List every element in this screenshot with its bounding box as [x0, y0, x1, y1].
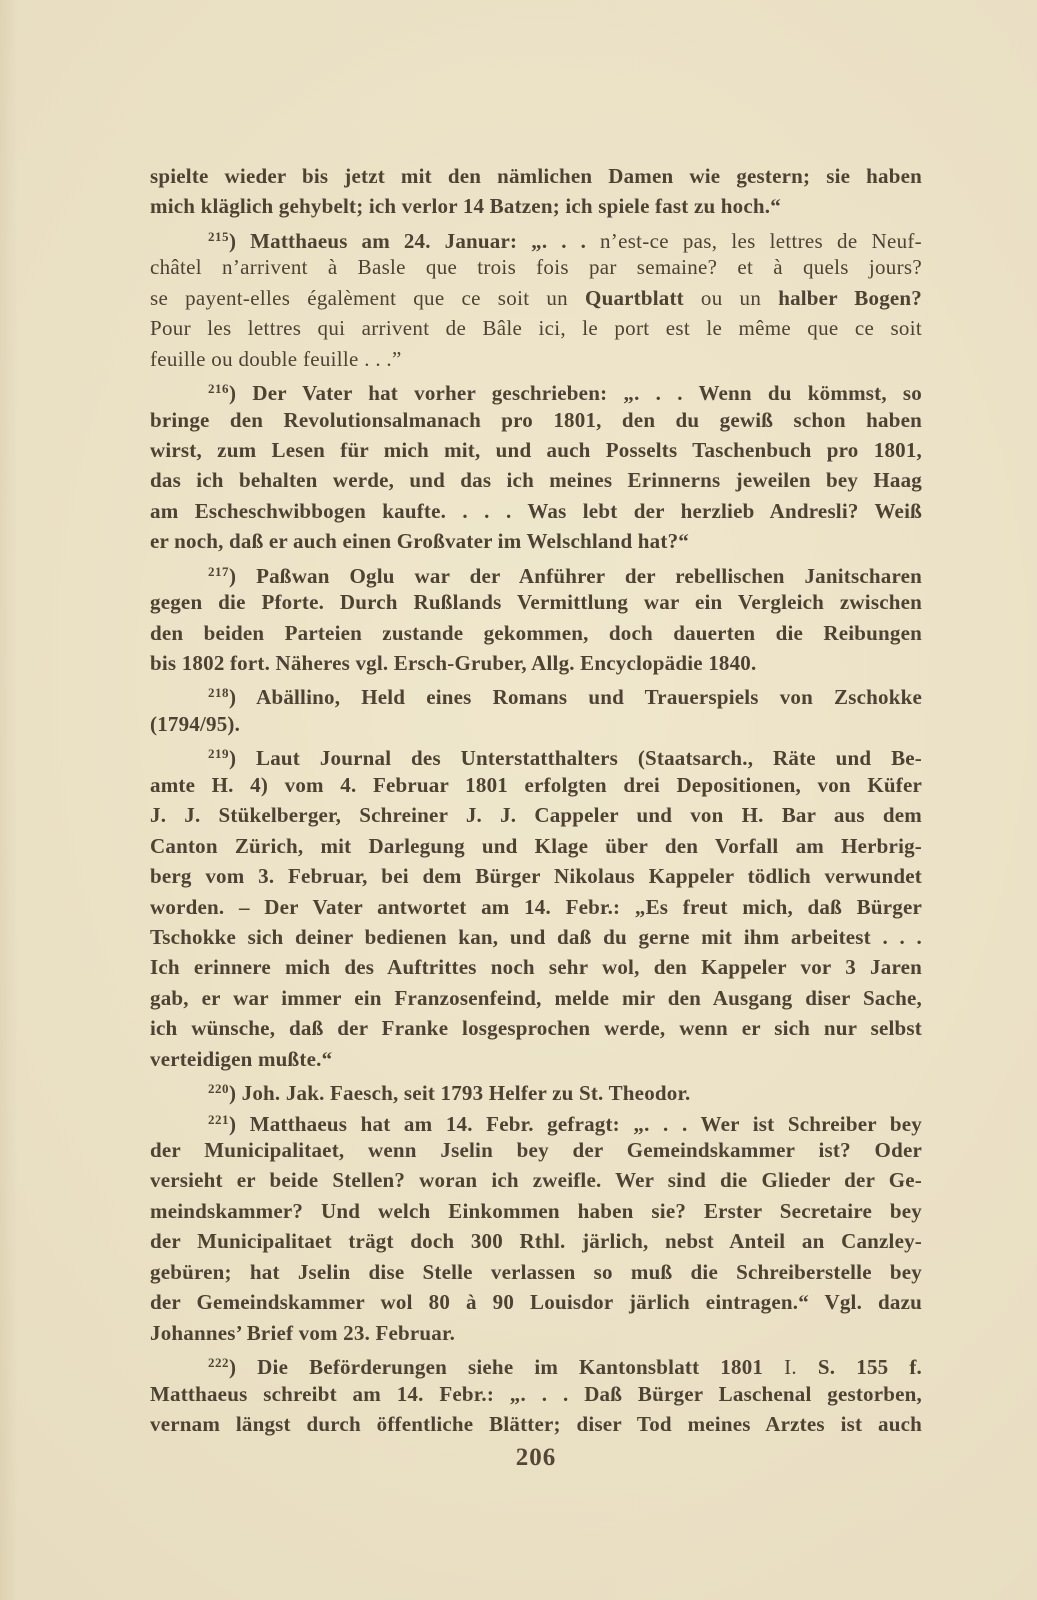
text-line: der Municipalitaet, wenn Jselin bey der … — [150, 1135, 922, 1165]
footnotes-text: spielte wieder bis jetzt mit den nämlich… — [150, 161, 922, 1439]
text-line: 220) Joh. Jak. Faesch, seit 1793 Helfer … — [150, 1074, 922, 1104]
text-line: Tschokke sich deiner bedienen kan, und d… — [150, 922, 922, 952]
text-segment: worden. – Der Vater antwortet am 14. Feb… — [150, 895, 922, 919]
text-segment: ou un — [684, 286, 778, 310]
text-line: 222) Die Beförderungen siehe im Kantonsb… — [150, 1348, 922, 1378]
text-segment: der Municipalitaet, wenn Jselin bey der … — [150, 1138, 922, 1162]
text-line: 219) Laut Journal des Unterstatthalters … — [150, 739, 922, 769]
text-segment: er noch, daß er auch einen Großvater im … — [150, 529, 689, 553]
footnote-number: 218 — [208, 685, 229, 700]
text-segment: ) Laut Journal des Unterstatthalters (St… — [229, 746, 922, 770]
text-segment: Matthaeus schreibt am 14. Febr.: „. . . … — [150, 1382, 922, 1406]
text-line: Johannes’ Brief vom 23. Februar. — [150, 1318, 922, 1348]
text-segment: verteidigen mußte.“ — [150, 1047, 332, 1071]
text-line: bringe den Revolutionsalmanach pro 1801,… — [150, 405, 922, 435]
text-line: se payent-elles égalèment que ce soit un… — [150, 283, 922, 313]
text-segment: (1794/95). — [150, 712, 240, 736]
text-segment: der Gemeindskammer wol 80 à 90 Louisdor … — [150, 1290, 922, 1314]
text-line: meindskammer? Und welch Einkommen haben … — [150, 1196, 922, 1226]
text-segment: feuille ou double feuille . . .” — [150, 347, 402, 371]
text-segment: Johannes’ Brief vom 23. Februar. — [150, 1321, 455, 1345]
text-line: am Escheschwibbogen kaufte. . . . Was le… — [150, 496, 922, 526]
text-segment: mich kläglich gehybelt; ich verlor 14 Ba… — [150, 194, 781, 218]
text-segment: I. — [784, 1355, 797, 1379]
text-line: worden. – Der Vater antwortet am 14. Feb… — [150, 892, 922, 922]
text-line: vernam längst durch öffentliche Blätter;… — [150, 1409, 922, 1439]
text-segment: ) Die Beförderungen siehe im Kantonsblat… — [229, 1355, 784, 1379]
footnote-number: 216 — [208, 381, 229, 396]
text-line: feuille ou double feuille . . .” — [150, 344, 922, 374]
text-line: châtel n’arrivent à Basle que trois fois… — [150, 252, 922, 282]
footnote-number: 222 — [208, 1355, 229, 1370]
text-line: berg vom 3. Februar, bei dem Bürger Niko… — [150, 861, 922, 891]
text-line: mich kläglich gehybelt; ich verlor 14 Ba… — [150, 191, 922, 221]
text-line: gegen die Pforte. Durch Rußlands Vermitt… — [150, 587, 922, 617]
text-segment: spielte wieder bis jetzt mit den nämlich… — [150, 164, 922, 188]
text-segment: ) Matthaeus am 24. Januar: „. . . — [229, 229, 600, 253]
footnote-number: 221 — [208, 1112, 229, 1127]
text-line: gab, er war immer ein Franzosenfeind, me… — [150, 983, 922, 1013]
text-line: verteidigen mußte.“ — [150, 1044, 922, 1074]
text-line: Matthaeus schreibt am 14. Febr.: „. . . … — [150, 1379, 922, 1409]
text-segment: ) Paßwan Oglu war der Anführer der rebel… — [229, 564, 922, 588]
text-segment: versieht er beide Stellen? woran ich zwe… — [150, 1168, 922, 1192]
text-segment: vernam längst durch öffentliche Blätter;… — [150, 1412, 922, 1436]
text-segment: ) Abällino, Held eines Romans und Trauer… — [229, 685, 922, 709]
text-line: (1794/95). — [150, 709, 922, 739]
text-segment: bis 1802 fort. Näheres vgl. Ersch-Gruber… — [150, 651, 756, 675]
text-segment: meindskammer? Und welch Einkommen haben … — [150, 1199, 922, 1223]
text-segment: ich wünsche, daß der Franke losgesproche… — [150, 1016, 922, 1040]
book-page-scan: spielte wieder bis jetzt mit den nämlich… — [0, 0, 1037, 1600]
text-segment: berg vom 3. Februar, bei dem Bürger Niko… — [150, 864, 922, 888]
text-segment: Canton Zürich, mit Darlegung und Klage ü… — [150, 834, 922, 858]
text-line: 215) Matthaeus am 24. Januar: „. . . n’e… — [150, 222, 922, 252]
text-segment: den beiden Parteien zustande gekommen, d… — [150, 621, 922, 645]
text-segment: bringe den Revolutionsalmanach pro 1801,… — [150, 408, 922, 432]
text-line: 221) Matthaeus hat am 14. Febr. gefragt:… — [150, 1105, 922, 1135]
text-line: er noch, daß er auch einen Großvater im … — [150, 526, 922, 556]
text-line: amte H. 4) vom 4. Februar 1801 erfolgten… — [150, 770, 922, 800]
text-segment: châtel n’arrivent à Basle que trois fois… — [150, 255, 922, 279]
text-segment: se payent-elles égalèment que ce soit un — [150, 286, 585, 310]
text-segment: J. J. Stükelberger, Schreiner J. J. Capp… — [150, 803, 922, 827]
footnote-number: 219 — [208, 746, 229, 761]
text-line: der Gemeindskammer wol 80 à 90 Louisdor … — [150, 1287, 922, 1317]
text-segment: ) Der Vater hat vorher geschrieben: „. .… — [229, 381, 922, 405]
text-line: Pour les lettres qui arrivent de Bâle ic… — [150, 313, 922, 343]
text-line: 218) Abällino, Held eines Romans und Tra… — [150, 678, 922, 708]
text-line: das ich behalten werde, und das ich mein… — [150, 465, 922, 495]
text-segment: amte H. 4) vom 4. Februar 1801 erfolgten… — [150, 773, 922, 797]
text-segment: das ich behalten werde, und das ich mein… — [150, 468, 922, 492]
text-segment: ) Matthaeus hat am 14. Febr. gefragt: „.… — [229, 1112, 922, 1136]
text-segment: gebüren; hat Jselin dise Stelle verlasse… — [150, 1260, 922, 1284]
text-line: ich wünsche, daß der Franke losgesproche… — [150, 1013, 922, 1043]
text-segment: wirst, zum Lesen für mich mit, und auch … — [150, 438, 922, 462]
text-line: gebüren; hat Jselin dise Stelle verlasse… — [150, 1257, 922, 1287]
text-segment: Tschokke sich deiner bedienen kan, und d… — [150, 925, 922, 949]
text-segment: Pour les lettres qui arrivent de Bâle ic… — [150, 316, 922, 340]
text-segment: n’est-ce pas, les lettres de Neuf- — [600, 229, 922, 253]
text-segment: der Municipalitaet trägt doch 300 Rthl. … — [150, 1229, 922, 1253]
text-segment: Ich erinnere mich des Auftrittes noch se… — [150, 955, 922, 979]
text-segment: S. 155 f. — [797, 1355, 922, 1379]
text-line: spielte wieder bis jetzt mit den nämlich… — [150, 161, 922, 191]
text-line: der Municipalitaet trägt doch 300 Rthl. … — [150, 1226, 922, 1256]
text-line: wirst, zum Lesen für mich mit, und auch … — [150, 435, 922, 465]
text-segment: gegen die Pforte. Durch Rußlands Vermitt… — [150, 590, 922, 614]
text-line: versieht er beide Stellen? woran ich zwe… — [150, 1165, 922, 1195]
text-line: Ich erinnere mich des Auftrittes noch se… — [150, 952, 922, 982]
text-line: bis 1802 fort. Näheres vgl. Ersch-Gruber… — [150, 648, 922, 678]
text-line: J. J. Stükelberger, Schreiner J. J. Capp… — [150, 800, 922, 830]
footnote-number: 217 — [208, 564, 229, 579]
text-segment: ) Joh. Jak. Faesch, seit 1793 Helfer zu … — [229, 1081, 691, 1105]
text-segment: gab, er war immer ein Franzosenfeind, me… — [150, 986, 922, 1010]
page-number: 206 — [150, 1444, 922, 1472]
footnote-number: 215 — [208, 229, 229, 244]
footnote-number: 220 — [208, 1081, 229, 1096]
text-segment: halber Bogen? — [778, 286, 922, 310]
text-line: Canton Zürich, mit Darlegung und Klage ü… — [150, 831, 922, 861]
text-line: 217) Paßwan Oglu war der Anführer der re… — [150, 557, 922, 587]
text-line: den beiden Parteien zustande gekommen, d… — [150, 618, 922, 648]
text-line: 216) Der Vater hat vorher geschrieben: „… — [150, 374, 922, 404]
text-segment: am Escheschwibbogen kaufte. . . . Was le… — [150, 499, 922, 523]
text-segment: Quartblatt — [585, 286, 684, 310]
